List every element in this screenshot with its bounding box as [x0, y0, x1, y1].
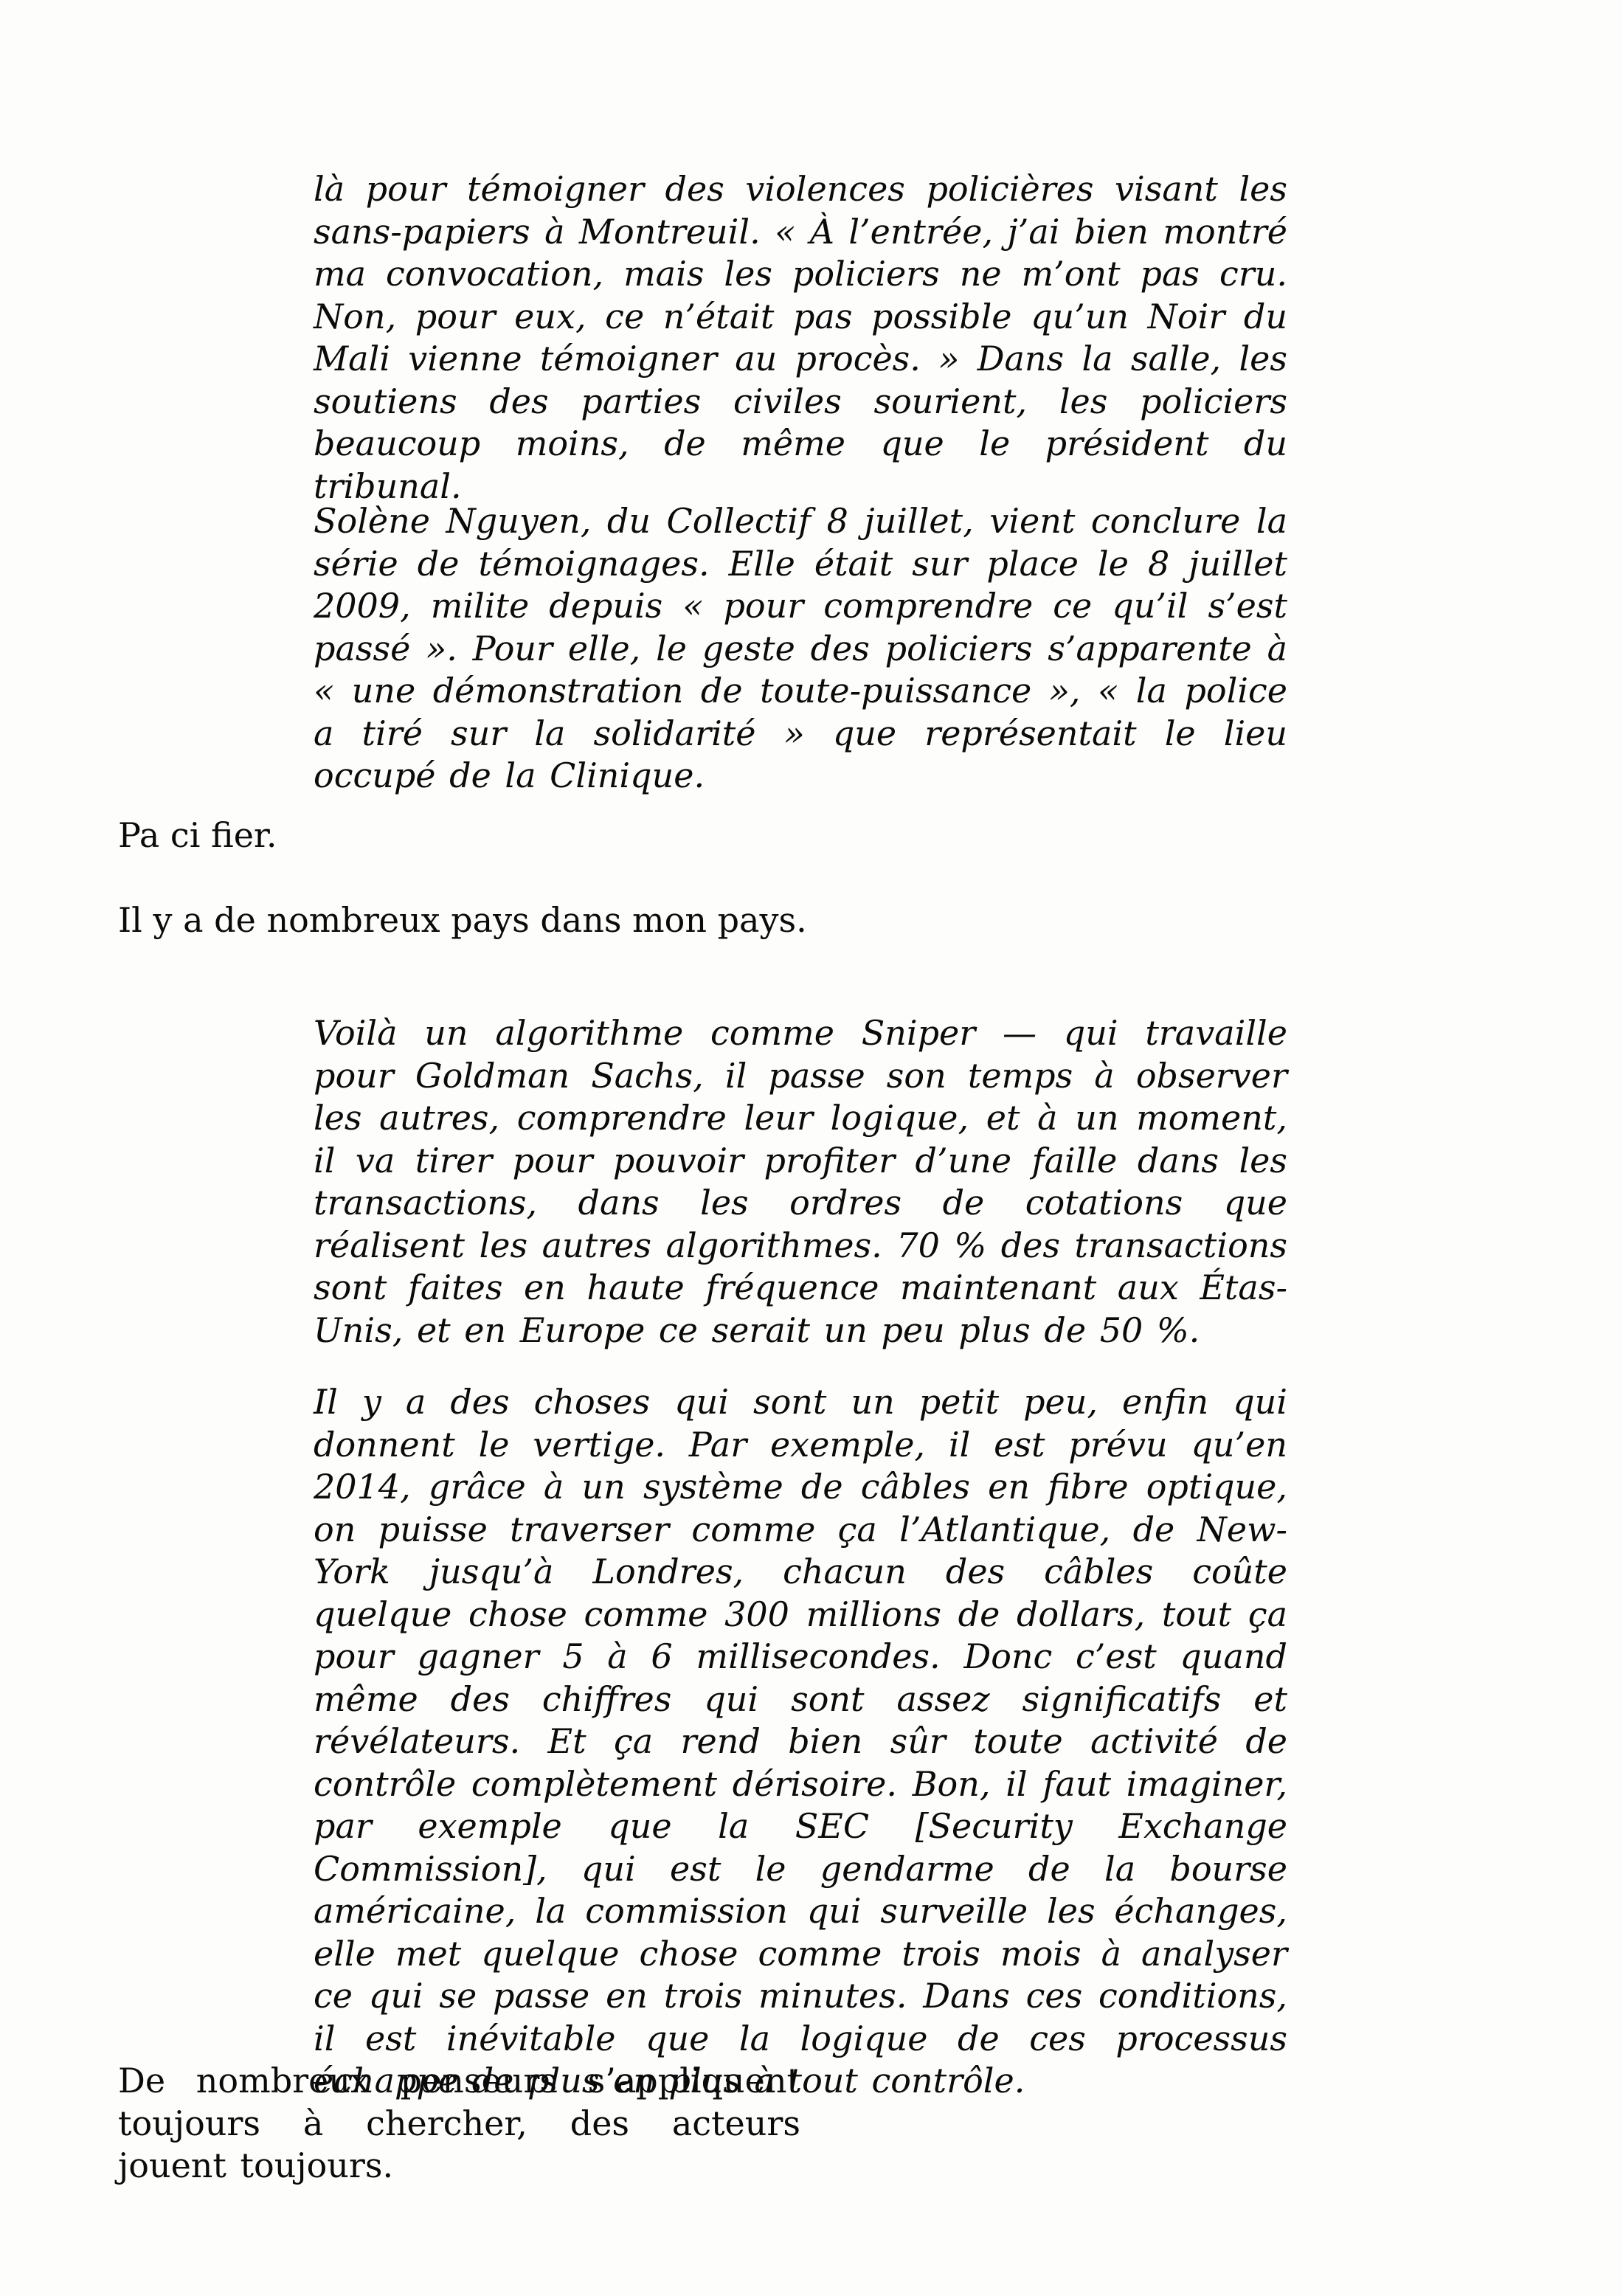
quote-paragraph-temoignage: là pour témoigner des violences policièr…: [314, 168, 1287, 508]
narration-line-pa-ci-fier: Pa ci fier.: [118, 815, 277, 857]
narration-line-pays: Il y a de nombreux pays dans mon pays.: [118, 899, 807, 942]
narration-paragraph-penseurs: De nombreux penseurs s’appliquent toujou…: [118, 2060, 800, 2188]
quote-paragraph-solene-nguyen: Solène Nguyen, du Collectif 8 juillet, v…: [314, 500, 1287, 798]
quote-paragraph-vertige: Il y a des choses qui sont un petit peu,…: [314, 1381, 1287, 2103]
quote-paragraph-sniper: Voilà un algorithme comme Sniper — qui t…: [314, 1012, 1287, 1352]
document-page: là pour témoigner des violences policièr…: [0, 0, 1623, 2296]
